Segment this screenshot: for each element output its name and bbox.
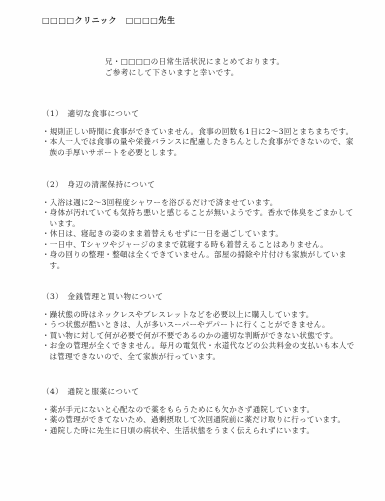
section-hygiene: （2） 身辺の清潔保持について ・入浴は週に2～3回程度シャワーを浴びるだけで済… — [42, 180, 358, 271]
section-hospital-medication: （4） 通院と服薬について ・薬が手元にないと心配なので薬をもらうためにも欠かさ… — [42, 387, 358, 436]
section-3-bullets: ・躁状態の時はネックレスやブレスレットなどを必要以上に購入しています。 ・うつ状… — [42, 310, 358, 363]
bullet-item: ・お金の管理が全くできません。毎月の電気代・水道代などの公共料金の支払いも本人で… — [42, 341, 358, 362]
bullet-item: ・規則正しい時間に食事ができていません。食事の回数も1日に2～3回とまちまちです… — [42, 127, 358, 138]
section-2-heading: （2） 身辺の清潔保持について — [42, 180, 358, 191]
section-3-heading: （3） 金銭管理と買い物について — [42, 292, 358, 303]
bullet-item: ・休日は、寝起きの姿のまま着替えもせずに一日を過ごしています。 — [42, 229, 358, 240]
section-money-shopping: （3） 金銭管理と買い物について ・躁状態の時はネックレスやブレスレットなどを必… — [42, 292, 358, 362]
bullet-item: ・うつ状態が酷いときは、人が多いスーパーやデパートに行くことができません。 — [42, 320, 358, 331]
section-meals: （1） 適切な食事について ・規則正しい時間に食事ができていません。食事の回数も… — [42, 109, 358, 158]
section-4-bullets: ・薬が手元にないと心配なので薬をもらうためにも欠かさず通院しています。 ・薬の管… — [42, 405, 358, 437]
bullet-item: ・身体が汚れていても気持ち悪いと感じることが無いようです。香水で体臭をごまかして… — [42, 208, 358, 229]
bullet-item: ・買い物に対して何が必要で何が不要であるのかの適切な判断ができない状態です。 — [42, 331, 358, 342]
section-1-bullets: ・規則正しい時間に食事ができていません。食事の回数も1日に2～3回とまちまちです… — [42, 127, 358, 159]
bullet-item: ・入浴は週に2～3回程度シャワーを浴びるだけで済ませています。 — [42, 198, 358, 209]
intro-line-2: ご参考にして下さいますと幸いです。 — [105, 68, 358, 79]
intro-line-1: 兄・□□□□の日常生活状況にまとめております。 — [105, 57, 358, 68]
section-1-heading: （1） 適切な食事について — [42, 109, 358, 120]
recipient-line: □□□□クリニック □□□□先生 — [42, 15, 358, 25]
bullet-item: ・身の回りの整理・整頓は全くできていません。部屋の掃除や片付けも家族がしています… — [42, 250, 358, 271]
bullet-item: ・通院した時に先生に日頃の病状や、生活状態をうまく伝えられずにいます。 — [42, 426, 358, 437]
bullet-item: ・一日中、Tシャツやジャージのままで就寝する時も着替えることはありません。 — [42, 240, 358, 251]
bullet-item: ・躁状態の時はネックレスやブレスレットなどを必要以上に購入しています。 — [42, 310, 358, 321]
bullet-item: ・薬の管理ができてないため、過剰摂取して次回通院前に薬だけ取りに行っています。 — [42, 415, 358, 426]
section-4-heading: （4） 通院と服薬について — [42, 387, 358, 398]
letter-page: □□□□クリニック □□□□先生 兄・□□□□の日常生活状況にまとめております。… — [0, 0, 385, 501]
bullet-item: ・薬が手元にないと心配なので薬をもらうためにも欠かさず通院しています。 — [42, 405, 358, 416]
intro-paragraph: 兄・□□□□の日常生活状況にまとめております。 ご参考にして下さいますと幸いです… — [105, 57, 358, 78]
bullet-item: ・本人一人では食事の量や栄養バランスに配慮したきちんとした食事ができないので、家… — [42, 137, 358, 158]
section-2-bullets: ・入浴は週に2～3回程度シャワーを浴びるだけで済ませています。 ・身体が汚れてい… — [42, 198, 358, 272]
